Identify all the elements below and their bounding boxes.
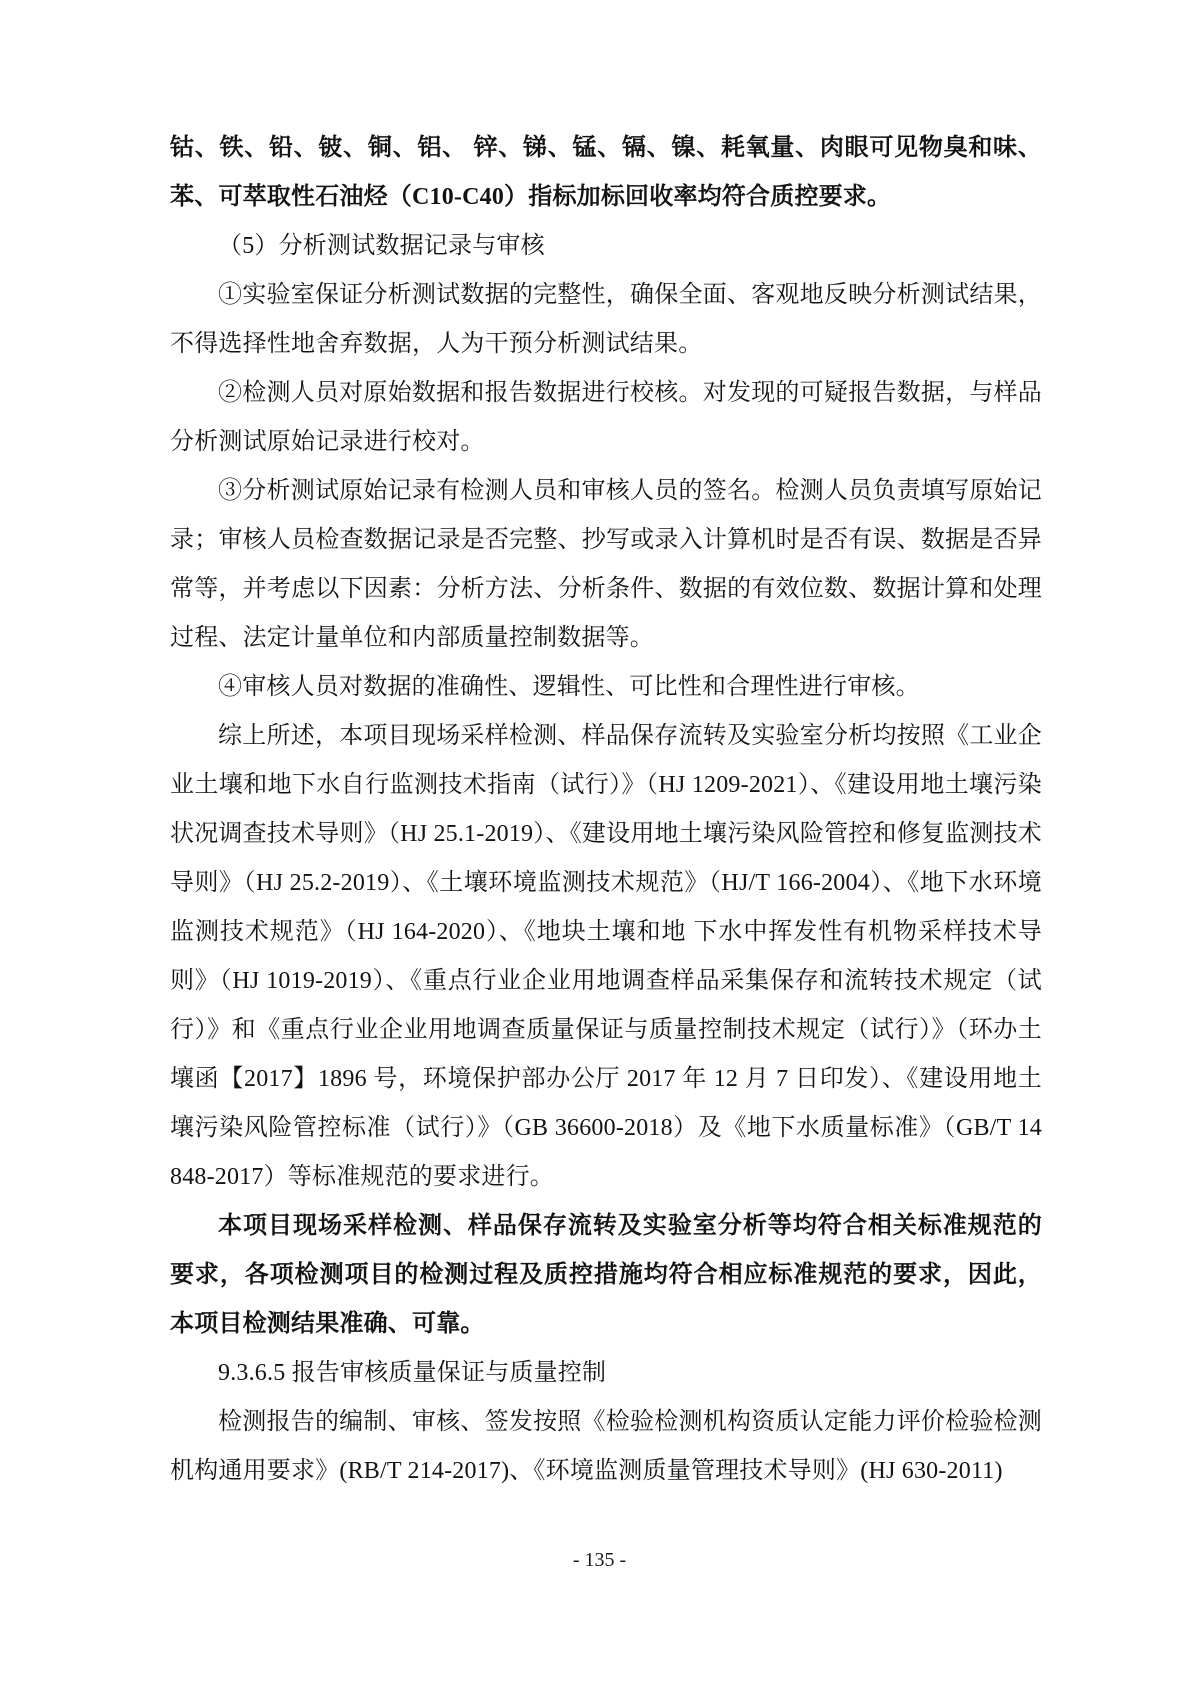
heading-item-5: （5）分析测试数据记录与审核 bbox=[170, 222, 1042, 271]
paragraph-item-1-lab-data-integrity: ①实验室保证分析测试数据的完整性，确保全面、客观地反映分析测试结果，不得选择性地… bbox=[170, 271, 1042, 369]
paragraph-standards-summary: 综上所述，本项目现场采样检测、样品保存流转及实验室分析均按照《工业企业土壤和地下… bbox=[170, 712, 1042, 1202]
paragraph-metals-recovery-conclusion: 钴、铁、铅、铍、铜、铝、 锌、锑、锰、镉、镍、耗氧量、肉眼可见物臭和味、苯、可萃… bbox=[170, 124, 1042, 222]
heading-9-3-6-5: 9.3.6.5 报告审核质量保证与质量控制 bbox=[170, 1349, 1042, 1398]
paragraph-item-3-original-records: ③分析测试原始记录有检测人员和审核人员的签名。检测人员负责填写原始记录；审核人员… bbox=[170, 467, 1042, 663]
document-page: 钴、铁、铅、铍、铜、铝、 锌、锑、锰、镉、镍、耗氧量、肉眼可见物臭和味、苯、可萃… bbox=[0, 0, 1199, 1696]
paragraph-project-conclusion: 本项目现场采样检测、样品保存流转及实验室分析等均符合相关标准规范的 要求，各项检… bbox=[170, 1202, 1042, 1349]
paragraph-report-review-intro: 检测报告的编制、审核、签发按照《检验检测机构资质认定能力评价检验检测机构通用要求… bbox=[170, 1398, 1042, 1496]
paragraph-item-4-reviewer-audit: ④审核人员对数据的准确性、逻辑性、可比性和合理性进行审核。 bbox=[170, 663, 1042, 712]
page-number: - 135 - bbox=[0, 1546, 1199, 1574]
page-body: 钴、铁、铅、铍、铜、铝、 锌、锑、锰、镉、镍、耗氧量、肉眼可见物臭和味、苯、可萃… bbox=[170, 124, 1042, 1496]
paragraph-item-2-data-check: ②检测人员对原始数据和报告数据进行校核。对发现的可疑报告数据，与样品分析测试原始… bbox=[170, 369, 1042, 467]
